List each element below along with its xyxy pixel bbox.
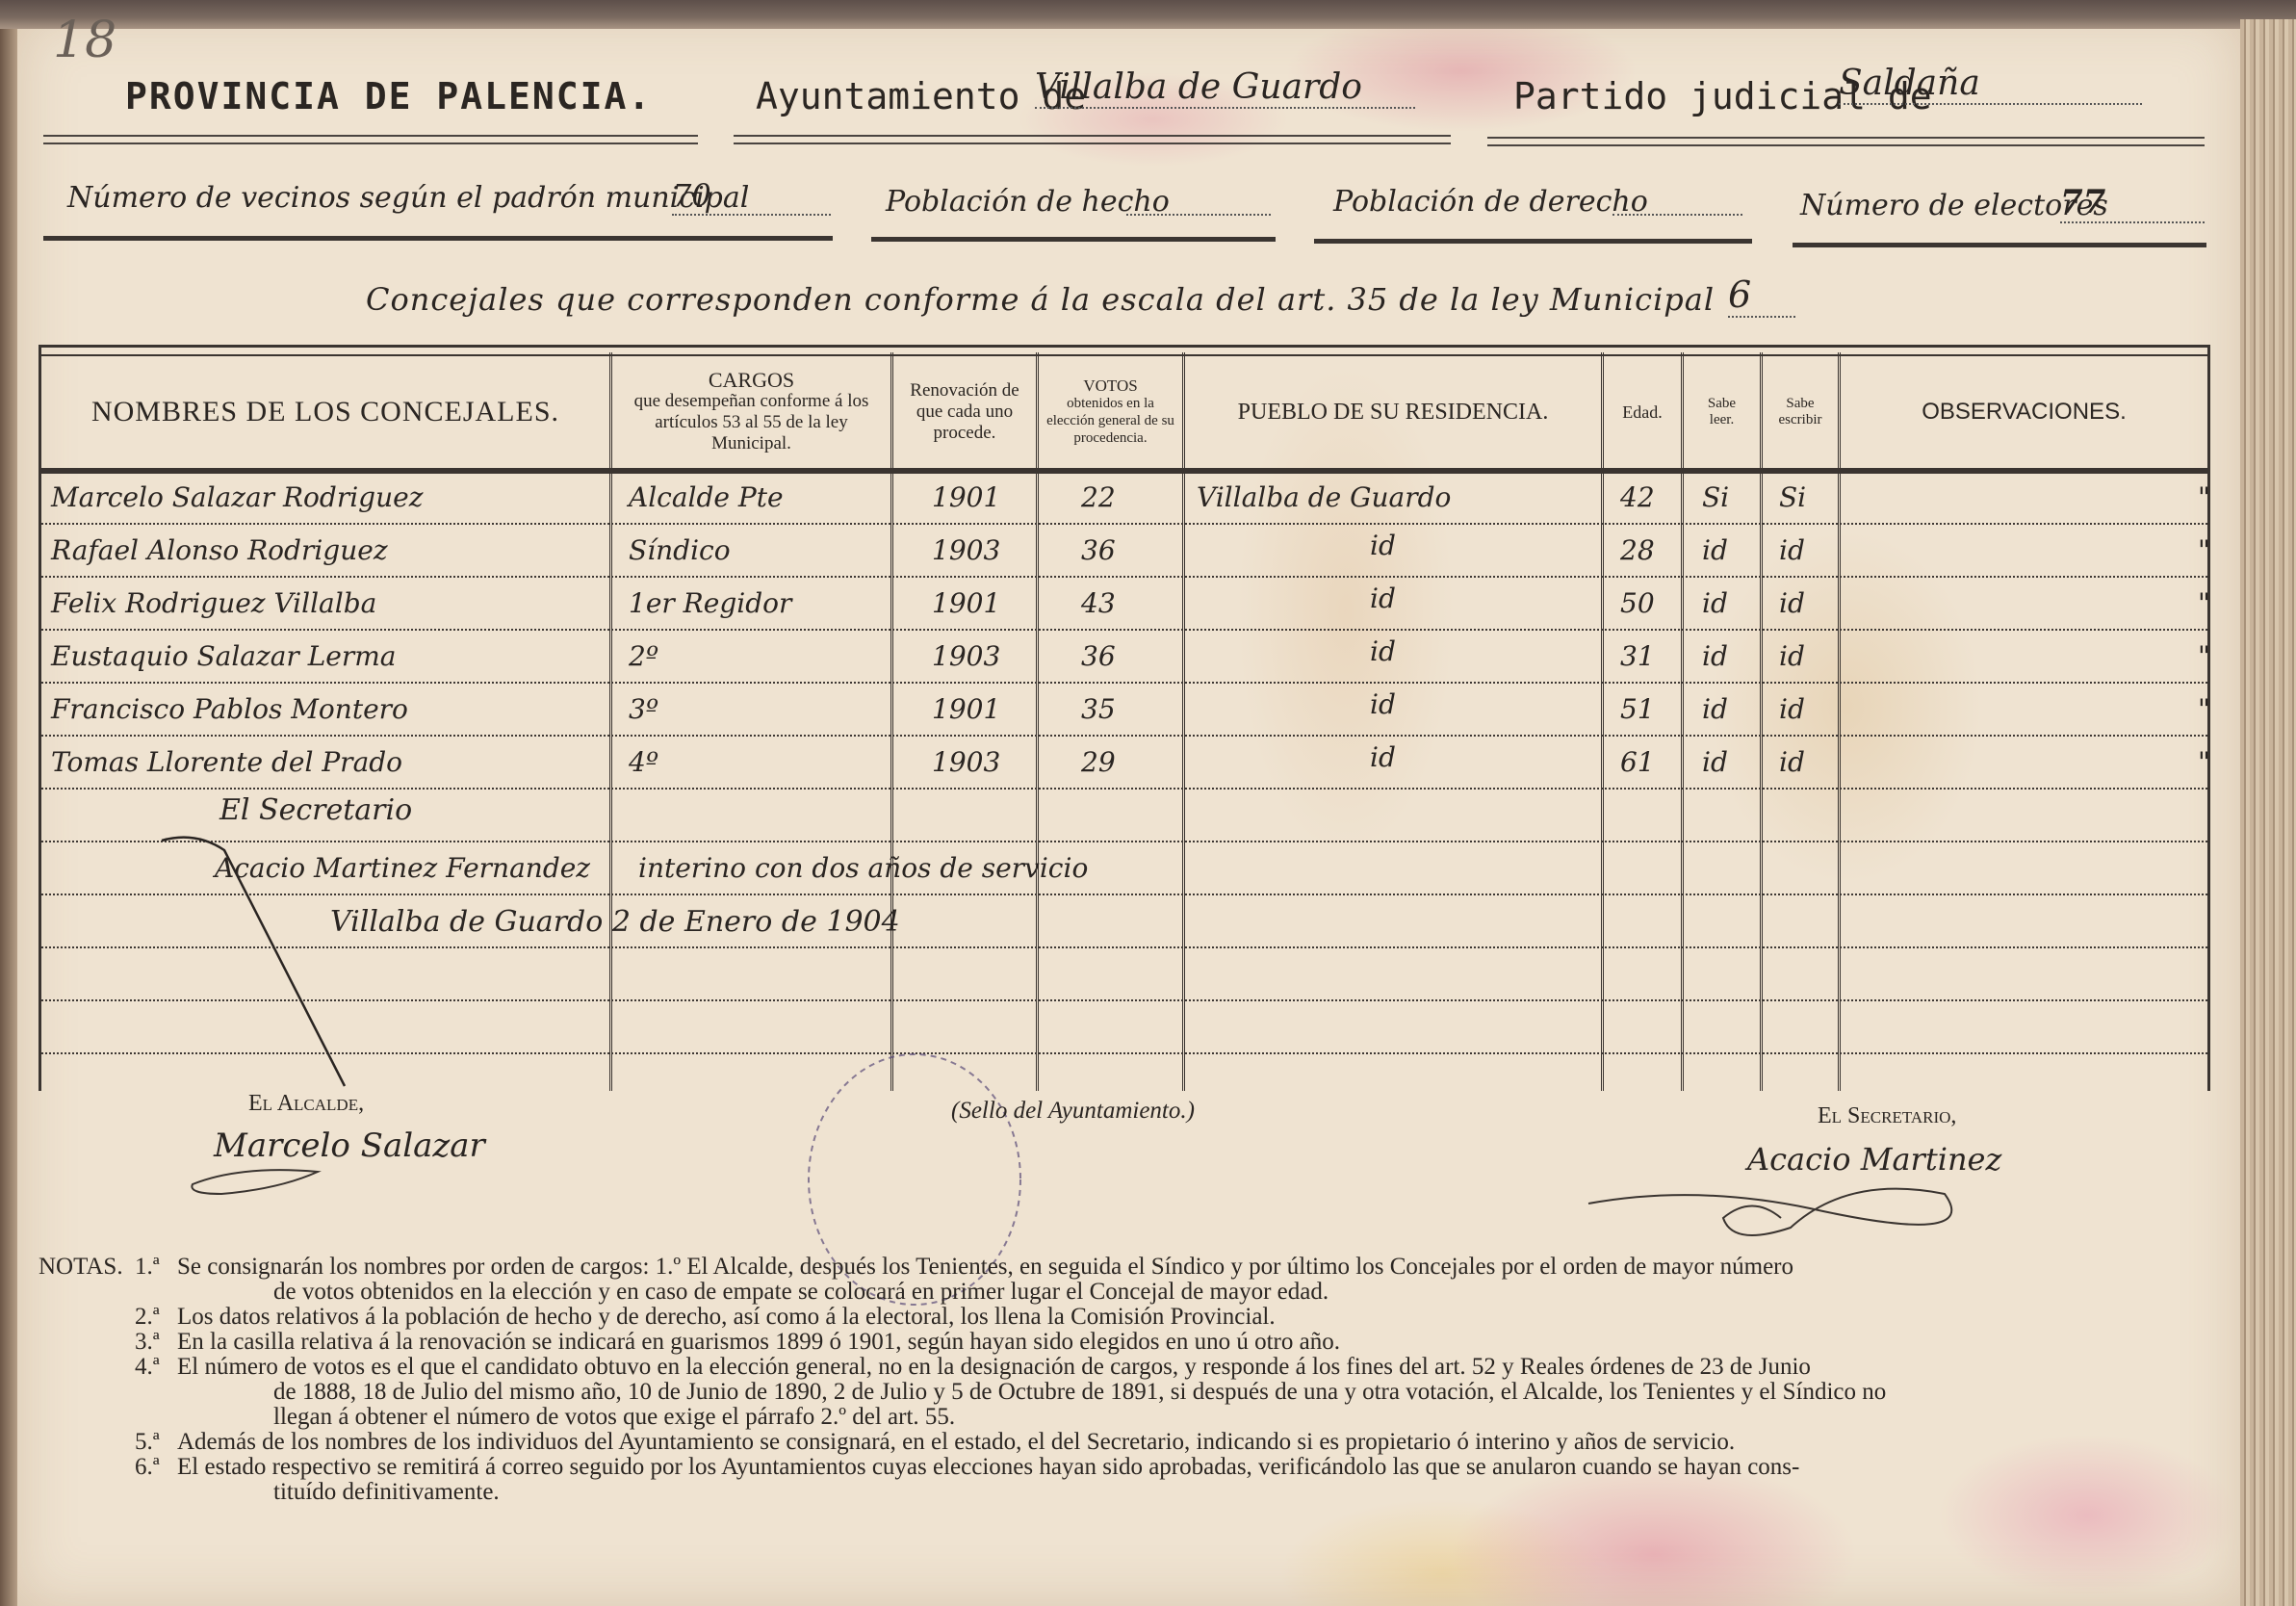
header-rule-2	[734, 135, 1451, 144]
secretario-note: interino con dos años de servicio	[638, 852, 1088, 884]
poblacion-derecho-value	[1612, 214, 1742, 216]
note-item: 4.ª El número de votos es el que el cand…	[39, 1355, 2205, 1380]
book-binding-left	[0, 0, 17, 1606]
header-rule-1	[43, 135, 698, 144]
note-number: 3.ª	[135, 1330, 177, 1355]
header-pueblo: PUEBLO DE SU RESIDENCIA.	[1185, 358, 1601, 466]
cell-pueblo: id	[1370, 688, 1396, 720]
note-item: 2.ª Los datos relativos á la población d…	[39, 1305, 2205, 1330]
note-text-cont: llegan á obtener el número de votos que …	[39, 1405, 2205, 1430]
cell-pueblo: Villalba de Guardo	[1197, 481, 1451, 513]
secretario-heading: El Secretario	[219, 793, 412, 827]
cell-renovacion: 1901	[932, 481, 1000, 513]
note-text: Además de los nombres de los individuos …	[177, 1430, 2205, 1455]
row-line	[41, 629, 2207, 631]
header-votos: VOTOS obtenidos en la elección general d…	[1039, 358, 1182, 466]
note-text: Se consignarán los nombres por orden de …	[177, 1255, 2205, 1280]
notes-section: NOTAS. 1.ª Se consignarán los nombres po…	[39, 1255, 2205, 1505]
cell-leer: Si	[1702, 481, 1729, 513]
header-bottom-rule	[41, 468, 2207, 474]
note-item: 3.ª En la casilla relativa á la renovaci…	[39, 1330, 2205, 1355]
alcalde-label: El Alcalde,	[248, 1091, 364, 1117]
cell-obs: "	[2198, 640, 2210, 672]
header-nombres: NOMBRES DE LOS CONCEJALES.	[41, 358, 609, 466]
cell-edad: 28	[1620, 534, 1655, 566]
note-number: 4.ª	[135, 1355, 177, 1380]
cell-renovacion: 1903	[932, 746, 1000, 778]
header-renovacion: Renovación de que cada uno procede.	[893, 358, 1036, 466]
cell-obs: "	[2198, 587, 2210, 619]
cell-escribir: id	[1779, 746, 1805, 778]
cell-nombre: Rafael Alonso Rodriguez	[51, 534, 388, 566]
cell-escribir: Si	[1779, 481, 1806, 513]
cell-pueblo: id	[1370, 635, 1396, 667]
cell-nombre: Felix Rodriguez Villalba	[51, 587, 376, 619]
row-line	[41, 1052, 2207, 1054]
cell-votos: 22	[1081, 481, 1116, 513]
note-text-cont: de 1888, 18 de Julio del mismo año, 10 d…	[39, 1380, 2205, 1405]
cell-renovacion: 1903	[932, 534, 1000, 566]
header-votos-title: VOTOS	[1083, 377, 1137, 395]
partido-value: Saldaña	[1839, 64, 2142, 105]
cell-pueblo: id	[1370, 583, 1396, 614]
stats-rule-3	[1314, 239, 1752, 244]
bracket-stroke	[157, 831, 349, 1091]
header-votos-sub: obtenidos en la elección general de su p…	[1039, 395, 1182, 447]
stats-rule-2	[871, 237, 1276, 242]
header-observaciones: OBSERVACIONES.	[1841, 358, 2207, 466]
table-top-rule	[41, 345, 2207, 356]
cell-votos: 36	[1081, 534, 1116, 566]
poblacion-hecho-value	[1126, 214, 1271, 216]
cell-leer: id	[1702, 534, 1728, 566]
cell-votos: 36	[1081, 640, 1116, 672]
cell-edad: 31	[1620, 640, 1655, 672]
date-line: Villalba de Guardo 2 de Enero de 1904	[330, 905, 900, 939]
cell-edad: 51	[1620, 693, 1655, 725]
cell-escribir: id	[1779, 534, 1805, 566]
provincia-title: PROVINCIA DE PALENCIA.	[125, 75, 652, 117]
cell-edad: 42	[1620, 481, 1655, 513]
note-number: 1.ª	[135, 1255, 177, 1280]
note-item: NOTAS. 1.ª Se consignarán los nombres po…	[39, 1255, 2205, 1280]
note-number: 2.ª	[135, 1305, 177, 1330]
note-text-cont: tituído definitivamente.	[39, 1480, 2205, 1505]
alcalde-rubric	[183, 1160, 337, 1204]
stats-rule-4	[1793, 243, 2206, 247]
header-cargos-title: CARGOS	[709, 370, 794, 391]
cell-nombre: Tomas Llorente del Prado	[51, 746, 402, 778]
book-top-edge	[0, 0, 2296, 29]
cell-obs: "	[2198, 746, 2210, 778]
stats-rule-1	[43, 236, 833, 241]
cell-cargo: Síndico	[629, 534, 731, 566]
header-rule-3	[1487, 137, 2205, 146]
cell-nombre: Francisco Pablos Montero	[51, 693, 408, 725]
cell-renovacion: 1901	[932, 587, 1000, 619]
concejales-escala-value: 6	[1728, 273, 1795, 318]
row-line	[41, 946, 2207, 948]
note-text-cont: de votos obtenidos en la elección y en c…	[39, 1280, 2205, 1305]
note-item: 5.ª Además de los nombres de los individ…	[39, 1430, 2205, 1455]
header-sabe-escribir: Sabe escribir	[1763, 358, 1838, 466]
header-edad: Edad.	[1604, 358, 1681, 466]
row-line	[41, 576, 2207, 578]
concejales-table: NOMBRES DE LOS CONCEJALES. CARGOS que de…	[39, 345, 2210, 1091]
cell-obs: "	[2198, 534, 2210, 566]
cell-leer: id	[1702, 746, 1728, 778]
cell-nombre: Eustaquio Salazar Lerma	[51, 640, 397, 672]
note-number: 5.ª	[135, 1430, 177, 1455]
cell-renovacion: 1903	[932, 640, 1000, 672]
cell-cargo: 3º	[629, 693, 658, 725]
note-text: El estado respectivo se remitirá á corre…	[177, 1455, 2205, 1480]
header-sabe-leer: Sabe leer.	[1684, 358, 1760, 466]
cell-edad: 50	[1620, 587, 1655, 619]
row-line	[41, 894, 2207, 895]
row-line	[41, 682, 2207, 684]
cell-renovacion: 1901	[932, 693, 1000, 725]
row-line	[41, 841, 2207, 842]
row-line	[41, 788, 2207, 790]
header-cargos-sub: que desempeñan conforme á los artículos …	[612, 391, 890, 454]
cell-escribir: id	[1779, 640, 1805, 672]
note-text: En la casilla relativa á la renovación s…	[177, 1330, 2205, 1355]
note-text: El número de votos es el que el candidat…	[177, 1355, 2205, 1380]
row-line	[41, 999, 2207, 1001]
note-text: Los datos relativos á la población de he…	[177, 1305, 2205, 1330]
cell-cargo: 1er Regidor	[629, 587, 791, 619]
cell-leer: id	[1702, 693, 1728, 725]
concejales-escala-label: Concejales que corresponden conforme á l…	[366, 281, 1715, 318]
cell-obs: "	[2198, 481, 2210, 513]
secretario-rubric	[1579, 1179, 2022, 1247]
row-line	[41, 523, 2207, 525]
cell-escribir: id	[1779, 693, 1805, 725]
vecinos-label: Número de vecinos según el padrón munici…	[67, 181, 749, 215]
cell-leer: id	[1702, 640, 1728, 672]
vecinos-value: 70	[672, 177, 831, 216]
note-item: 6.ª El estado respectivo se remitirá á c…	[39, 1455, 2205, 1480]
secretario-label: El Secretario,	[1818, 1103, 1956, 1129]
cell-cargo: 4º	[629, 746, 658, 778]
cell-votos: 35	[1081, 693, 1116, 725]
cell-edad: 61	[1620, 746, 1655, 778]
cell-votos: 29	[1081, 746, 1116, 778]
alcalde-signature: Marcelo Salazar	[214, 1127, 485, 1165]
cell-escribir: id	[1779, 587, 1805, 619]
header-cargos: CARGOS que desempeñan conforme á los art…	[612, 358, 890, 466]
cell-obs: "	[2198, 693, 2210, 725]
cell-nombre: Marcelo Salazar Rodriguez	[51, 481, 423, 513]
notes-label: NOTAS.	[39, 1255, 135, 1280]
cell-cargo: 2º	[629, 640, 658, 672]
cell-pueblo: id	[1370, 741, 1396, 773]
cell-leer: id	[1702, 587, 1728, 619]
row-line	[41, 735, 2207, 737]
sello-label: (Sello del Ayuntamiento.)	[951, 1098, 1195, 1125]
electores-value: 77	[2060, 183, 2205, 223]
book-page-edges	[2240, 19, 2296, 1606]
cell-votos: 43	[1081, 587, 1116, 619]
poblacion-derecho-label: Población de derecho	[1333, 185, 1648, 219]
page-number: 18	[53, 12, 116, 69]
secretario-signature: Acacio Martinez	[1747, 1141, 2001, 1178]
cell-cargo: Alcalde Pte	[629, 481, 784, 513]
note-number: 6.ª	[135, 1455, 177, 1480]
cell-pueblo: id	[1370, 530, 1396, 561]
ayuntamiento-value: Villalba de Guardo	[1035, 67, 1415, 109]
